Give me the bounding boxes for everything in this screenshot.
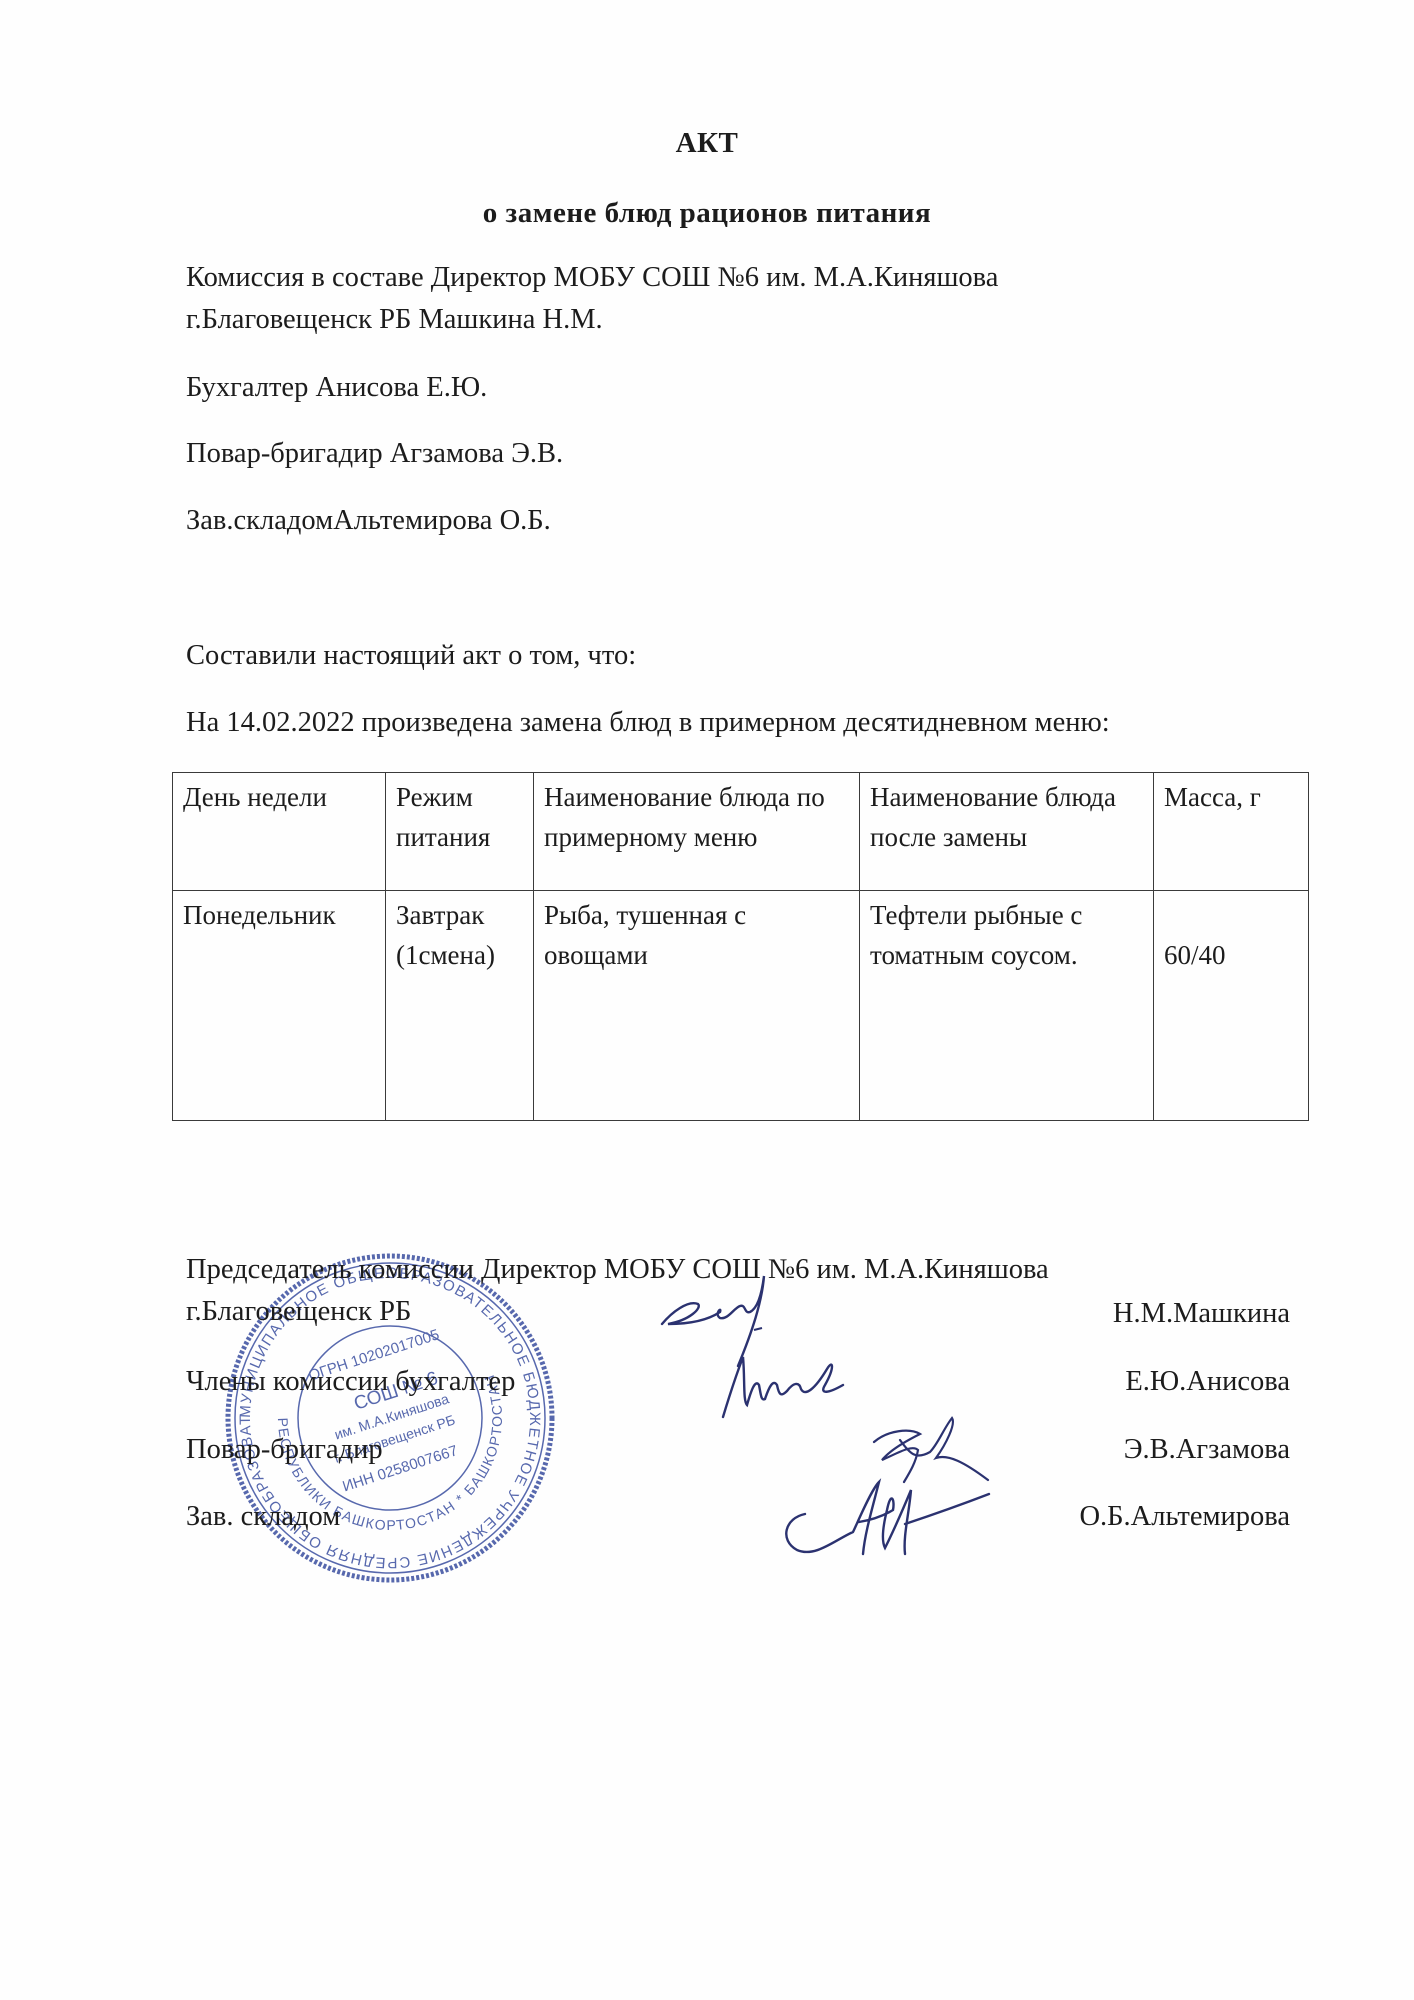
chef-name: Э.В.Агзамова bbox=[1124, 1430, 1290, 1470]
chair-name: Н.М.Машкина bbox=[1113, 1294, 1290, 1334]
chair-label-line-2: г.Благовещенск РБ bbox=[186, 1292, 411, 1332]
warehouse-label: Зав. складом bbox=[186, 1497, 340, 1537]
cell-replacement-dish: Тефтели рыбные с томатным соусом. bbox=[860, 891, 1154, 1121]
document-subtitle: о замене блюд рационов питания bbox=[0, 197, 1414, 230]
commission-line-1: Комиссия в составе Директор МОБУ СОШ №6 … bbox=[186, 258, 998, 298]
commission-line-2: г.Благовещенск РБ Машкина Н.М. bbox=[186, 300, 603, 340]
commission-accountant: Бухгалтер Анисова Е.Ю. bbox=[186, 368, 487, 408]
cell-meal: Завтрак (1смена) bbox=[386, 891, 534, 1121]
chef-label: Повар-бригадир bbox=[186, 1430, 383, 1470]
cell-day: Понедельник bbox=[173, 891, 386, 1121]
commission-chef: Повар-бригадир Агзамова Э.В. bbox=[186, 434, 563, 474]
header-replacement-dish: Наименование блюда после замены bbox=[860, 773, 1154, 891]
cell-mass: 60/40 bbox=[1154, 891, 1309, 1121]
replacement-table: День недели Режим питания Наименование б… bbox=[172, 772, 1309, 1121]
header-original-dish: Наименование блюда по примерному меню bbox=[534, 773, 860, 891]
header-day: День недели bbox=[173, 773, 386, 891]
member-label: Члены комиссии бухгалтер bbox=[186, 1362, 515, 1402]
document-title: АКТ bbox=[0, 127, 1414, 160]
chair-label-line-1: Председатель комиссии Директор МОБУ СОШ … bbox=[186, 1250, 1049, 1290]
replacement-note: На 14.02.2022 произведена замена блюд в … bbox=[186, 703, 1110, 743]
document-page: АКТ о замене блюд рационов питания Комис… bbox=[0, 0, 1414, 2000]
header-meal: Режим питания bbox=[386, 773, 534, 891]
member-name: Е.Ю.Анисова bbox=[1125, 1362, 1290, 1402]
signature-warehouse-icon bbox=[775, 1470, 995, 1570]
header-mass: Масса, г bbox=[1154, 773, 1309, 891]
table-row: Понедельник Завтрак (1смена) Рыба, тушен… bbox=[173, 891, 1309, 1121]
commission-warehouse: Зав.складомАльтемирова О.Б. bbox=[186, 501, 551, 541]
table-header-row: День недели Режим питания Наименование б… bbox=[173, 773, 1309, 891]
statement-text: Составили настоящий акт о том, что: bbox=[186, 636, 636, 676]
warehouse-name: О.Б.Альтемирова bbox=[1079, 1497, 1290, 1537]
signature-accountant-icon bbox=[715, 1345, 855, 1425]
cell-original-dish: Рыба, тушенная с овощами bbox=[534, 891, 860, 1121]
